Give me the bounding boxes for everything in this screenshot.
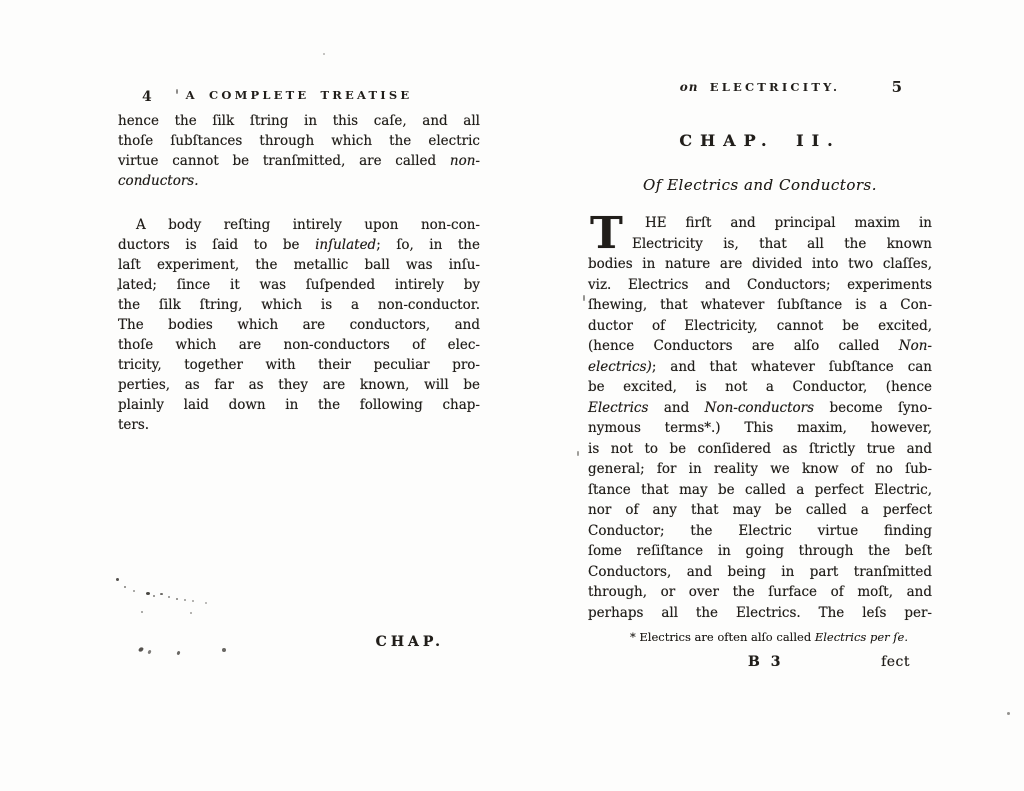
text-line: lated; ſince it was ſuſpended intirely b… bbox=[118, 275, 480, 295]
right-page: on ELECTRICITY. 5 CHAP. II. Of Electrics… bbox=[588, 75, 932, 705]
text-line: ductors is ſaid to be inſulated; ſo, in … bbox=[118, 235, 480, 255]
italic-text: conductors. bbox=[118, 173, 199, 189]
text-line: nymous terms*.) This maxim, however, bbox=[588, 418, 932, 439]
text-line: perties, as far as they are known, will … bbox=[118, 375, 480, 395]
italic-text: Non- bbox=[899, 338, 932, 354]
text-line: hence the ſilk ſtring in this caſe, and … bbox=[118, 111, 480, 131]
signature-mark: B 3 bbox=[748, 654, 783, 670]
chapter-subtitle: Of Electrics and Conductors. bbox=[588, 176, 932, 194]
italic-text: inſulated bbox=[315, 237, 376, 253]
text-line: * Electrics are often alſo called Electr… bbox=[588, 629, 932, 645]
left-page: 4 A COMPLETE TREATISE hence the ſilk ſtr… bbox=[118, 85, 480, 695]
left-running-head: 4 A COMPLETE TREATISE bbox=[118, 88, 480, 108]
right-running-head: on ELECTRICITY. 5 bbox=[588, 80, 932, 100]
text-line: general; for in reality we know of no ſu… bbox=[588, 459, 932, 480]
text-line: Conductor; the Electric virtue finding bbox=[588, 521, 932, 542]
text-line: electrics); and that whatever ſubſtance … bbox=[588, 357, 932, 378]
text-line: Electrics and Non-conductors become ſyno… bbox=[588, 398, 932, 419]
left-paragraph-2: A body reſting intirely upon non-con-duc… bbox=[118, 215, 480, 435]
text-line: conductors. bbox=[118, 171, 480, 191]
text-line: A body reſting intirely upon non-con- bbox=[118, 215, 480, 235]
text-line: ſtance that may be called a perfect Elec… bbox=[588, 480, 932, 501]
italic-text: Non-conductors bbox=[705, 400, 814, 416]
chapter-body: T HE firſt and principal maxim inElectri… bbox=[588, 213, 932, 623]
text-line: ſome reſiſtance in going through the beſ… bbox=[588, 541, 932, 562]
right-body-paragraph: HE firſt and principal maxim inElectrici… bbox=[588, 213, 932, 623]
left-page-number: 4 bbox=[142, 89, 152, 105]
text-line: ſhewing, that whatever ſubſtance is a Co… bbox=[588, 295, 932, 316]
italic-text: Electrics per ſe. bbox=[815, 630, 908, 644]
text-line: plainly laid down in the following chap- bbox=[118, 395, 480, 415]
text-line: HE firſt and principal maxim in bbox=[645, 213, 932, 234]
left-paragraph-1: hence the ſilk ſtring in this caſe, and … bbox=[118, 111, 480, 191]
left-catchword: CHAP. bbox=[376, 634, 444, 650]
text-line: bodies in nature are divided into two cl… bbox=[588, 254, 932, 275]
text-line: (hence Conductors are alſo called Non- bbox=[588, 336, 932, 357]
text-line: tricity, together with their peculiar pr… bbox=[118, 355, 480, 375]
book-scan: 4 A COMPLETE TREATISE hence the ſilk ſtr… bbox=[0, 0, 1024, 791]
text-line: Electricity is, that all the known bbox=[632, 234, 932, 255]
text-line: perhaps all the Electrics. The leſs per- bbox=[588, 603, 932, 624]
right-catchword: fect bbox=[881, 654, 910, 670]
text-line: virtue cannot be tranſmitted, are called… bbox=[118, 151, 480, 171]
signature-row: B 3 fect bbox=[588, 654, 932, 674]
text-line: laſt experiment, the metallic ball was i… bbox=[118, 255, 480, 275]
footnote: * Electrics are often alſo called Electr… bbox=[588, 629, 932, 645]
left-running-title: A COMPLETE TREATISE bbox=[118, 88, 480, 102]
text-line: thoſe which are non-conductors of elec- bbox=[118, 335, 480, 355]
text-line: nor of any that may be called a perfect bbox=[588, 500, 932, 521]
text-line: The bodies which are conductors, and bbox=[118, 315, 480, 335]
right-running-title-main: ELECTRICITY. bbox=[710, 80, 840, 94]
italic-text: Electrics bbox=[588, 400, 648, 416]
italic-text: electrics) bbox=[588, 359, 652, 375]
text-line: be excited, is not a Conductor, (hence bbox=[588, 377, 932, 398]
text-line: ters. bbox=[118, 415, 480, 435]
right-running-title: on ELECTRICITY. bbox=[588, 80, 932, 94]
text-line: the ſilk ſtring, which is a non-conducto… bbox=[118, 295, 480, 315]
text-line: is not to be conſidered as ſtrictly true… bbox=[588, 439, 932, 460]
chapter-heading: CHAP. II. bbox=[588, 131, 932, 150]
text-line: Conductors, and being in part tranſmitte… bbox=[588, 562, 932, 583]
text-line: ductor of Electricity, cannot be excited… bbox=[588, 316, 932, 337]
text-line: viz. Electrics and Conductors; experimen… bbox=[588, 275, 932, 296]
text-line: thoſe ſubſtances through which the elect… bbox=[118, 131, 480, 151]
text-line: through, or over the ſurface of moſt, an… bbox=[588, 582, 932, 603]
right-page-number: 5 bbox=[892, 78, 902, 96]
italic-text: non- bbox=[450, 153, 480, 169]
right-running-title-prefix: on bbox=[680, 80, 699, 94]
